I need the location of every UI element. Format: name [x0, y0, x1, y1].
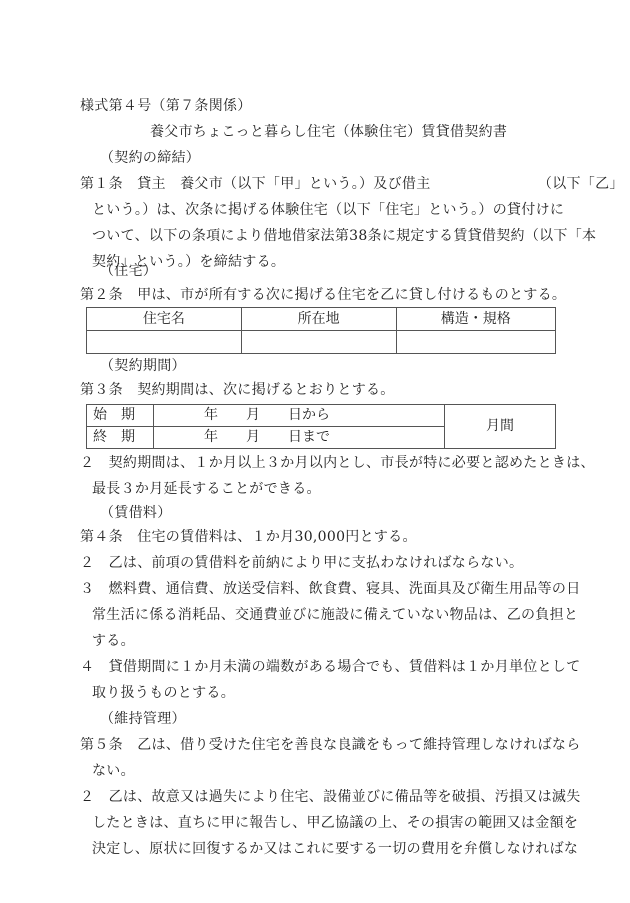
article-1-text: という。）は、次条に掲げる体験住宅（以下「住宅」という。）の貸付けに: [92, 200, 564, 220]
article-4-para-3: ３ 燃料費、通信費、放送受信料、飲食費、寝具、洗面具及び衛生用品等の日: [80, 579, 581, 599]
document-page: 様式第４号（第７条関係） 養父市ちょこっと暮らし住宅（体験住宅）賃貸借契約書 （…: [0, 0, 630, 903]
start-value: 年 月 日から: [154, 405, 445, 427]
housing-table: 住宅名 所在地 構造・規格: [86, 307, 556, 354]
article-5-para-2: したときは、直ちに甲に報告し、甲乙協議の上、その損害の範囲又は金額を: [92, 813, 578, 833]
article-2-caption: （住宅）: [100, 261, 157, 281]
header-structure: 構造・規格: [396, 308, 555, 331]
article-4-para-3: 常生活に係る消耗品、交通費並びに施設に備えていない物品は、乙の負担と: [92, 605, 578, 625]
header-housing-name: 住宅名: [87, 308, 242, 331]
cell-location: [241, 331, 396, 354]
article-5-para-2: 決定し、原状に回復するか又はこれに要する一切の費用を弁償しなければな: [92, 839, 578, 859]
cell-housing-name: [87, 331, 242, 354]
form-number: 様式第４号（第７条関係）: [80, 96, 252, 116]
article-4-para-4: 取り扱うものとする。: [92, 683, 235, 703]
article-4-text: 第４条 住宅の賃借料は、１か月30,000円とする。: [80, 527, 417, 547]
article-1-caption: （契約の締結）: [100, 148, 200, 168]
article-3-caption: （契約期間）: [100, 356, 186, 376]
article-1-text: ついて、以下の条項により借地借家法第38条に規定する賃貸借契約（以下「本: [92, 226, 596, 246]
contract-period-table: 始 期 年 月 日から 月間 終 期 年 月 日まで: [86, 404, 556, 449]
article-3-text: 第３条 契約期間は、次に掲げるとおりとする。: [80, 380, 395, 400]
article-5-caption: （維持管理）: [100, 709, 186, 729]
article-5-text: ない。: [92, 761, 135, 781]
duration-cell: 月間: [445, 405, 556, 449]
end-value: 年 月 日まで: [154, 427, 445, 449]
article-4-para-4: ４ 貸借期間に１か月未満の端数がある場合でも、賃借料は１か月単位として: [80, 657, 581, 677]
header-location: 所在地: [241, 308, 396, 331]
article-4-para-2: ２ 乙は、前項の賃借料を前納により甲に支払わなければならない。: [80, 553, 523, 573]
cell-structure: [396, 331, 555, 354]
article-5-text: 第５条 乙は、借り受けた住宅を善良な良識をもって維持管理しなければなら: [80, 735, 581, 755]
article-3-para-2: ２ 契約期間は、１か月以上３か月以内とし、市長が特に必要と認めたときは、: [80, 453, 595, 473]
article-1-text: 第１条 貸主 養父市（以下「甲」という。）及び借主 （以下「乙」: [80, 174, 624, 194]
article-4-para-3: する。: [92, 631, 135, 651]
article-2-text: 第２条 甲は、市が所有する次に掲げる住宅を乙に貸し付けるものとする。: [80, 285, 566, 305]
end-label: 終 期: [87, 427, 154, 449]
document-title: 養父市ちょこっと暮らし住宅（体験住宅）賃貸借契約書: [150, 122, 507, 142]
article-4-caption: （賃借料）: [100, 503, 172, 523]
start-label: 始 期: [87, 405, 154, 427]
article-3-para-2: 最長３か月延長することができる。: [92, 479, 321, 499]
article-5-para-2: ２ 乙は、故意又は過失により住宅、設備並びに備品等を破損、汚損又は滅失: [80, 787, 581, 807]
